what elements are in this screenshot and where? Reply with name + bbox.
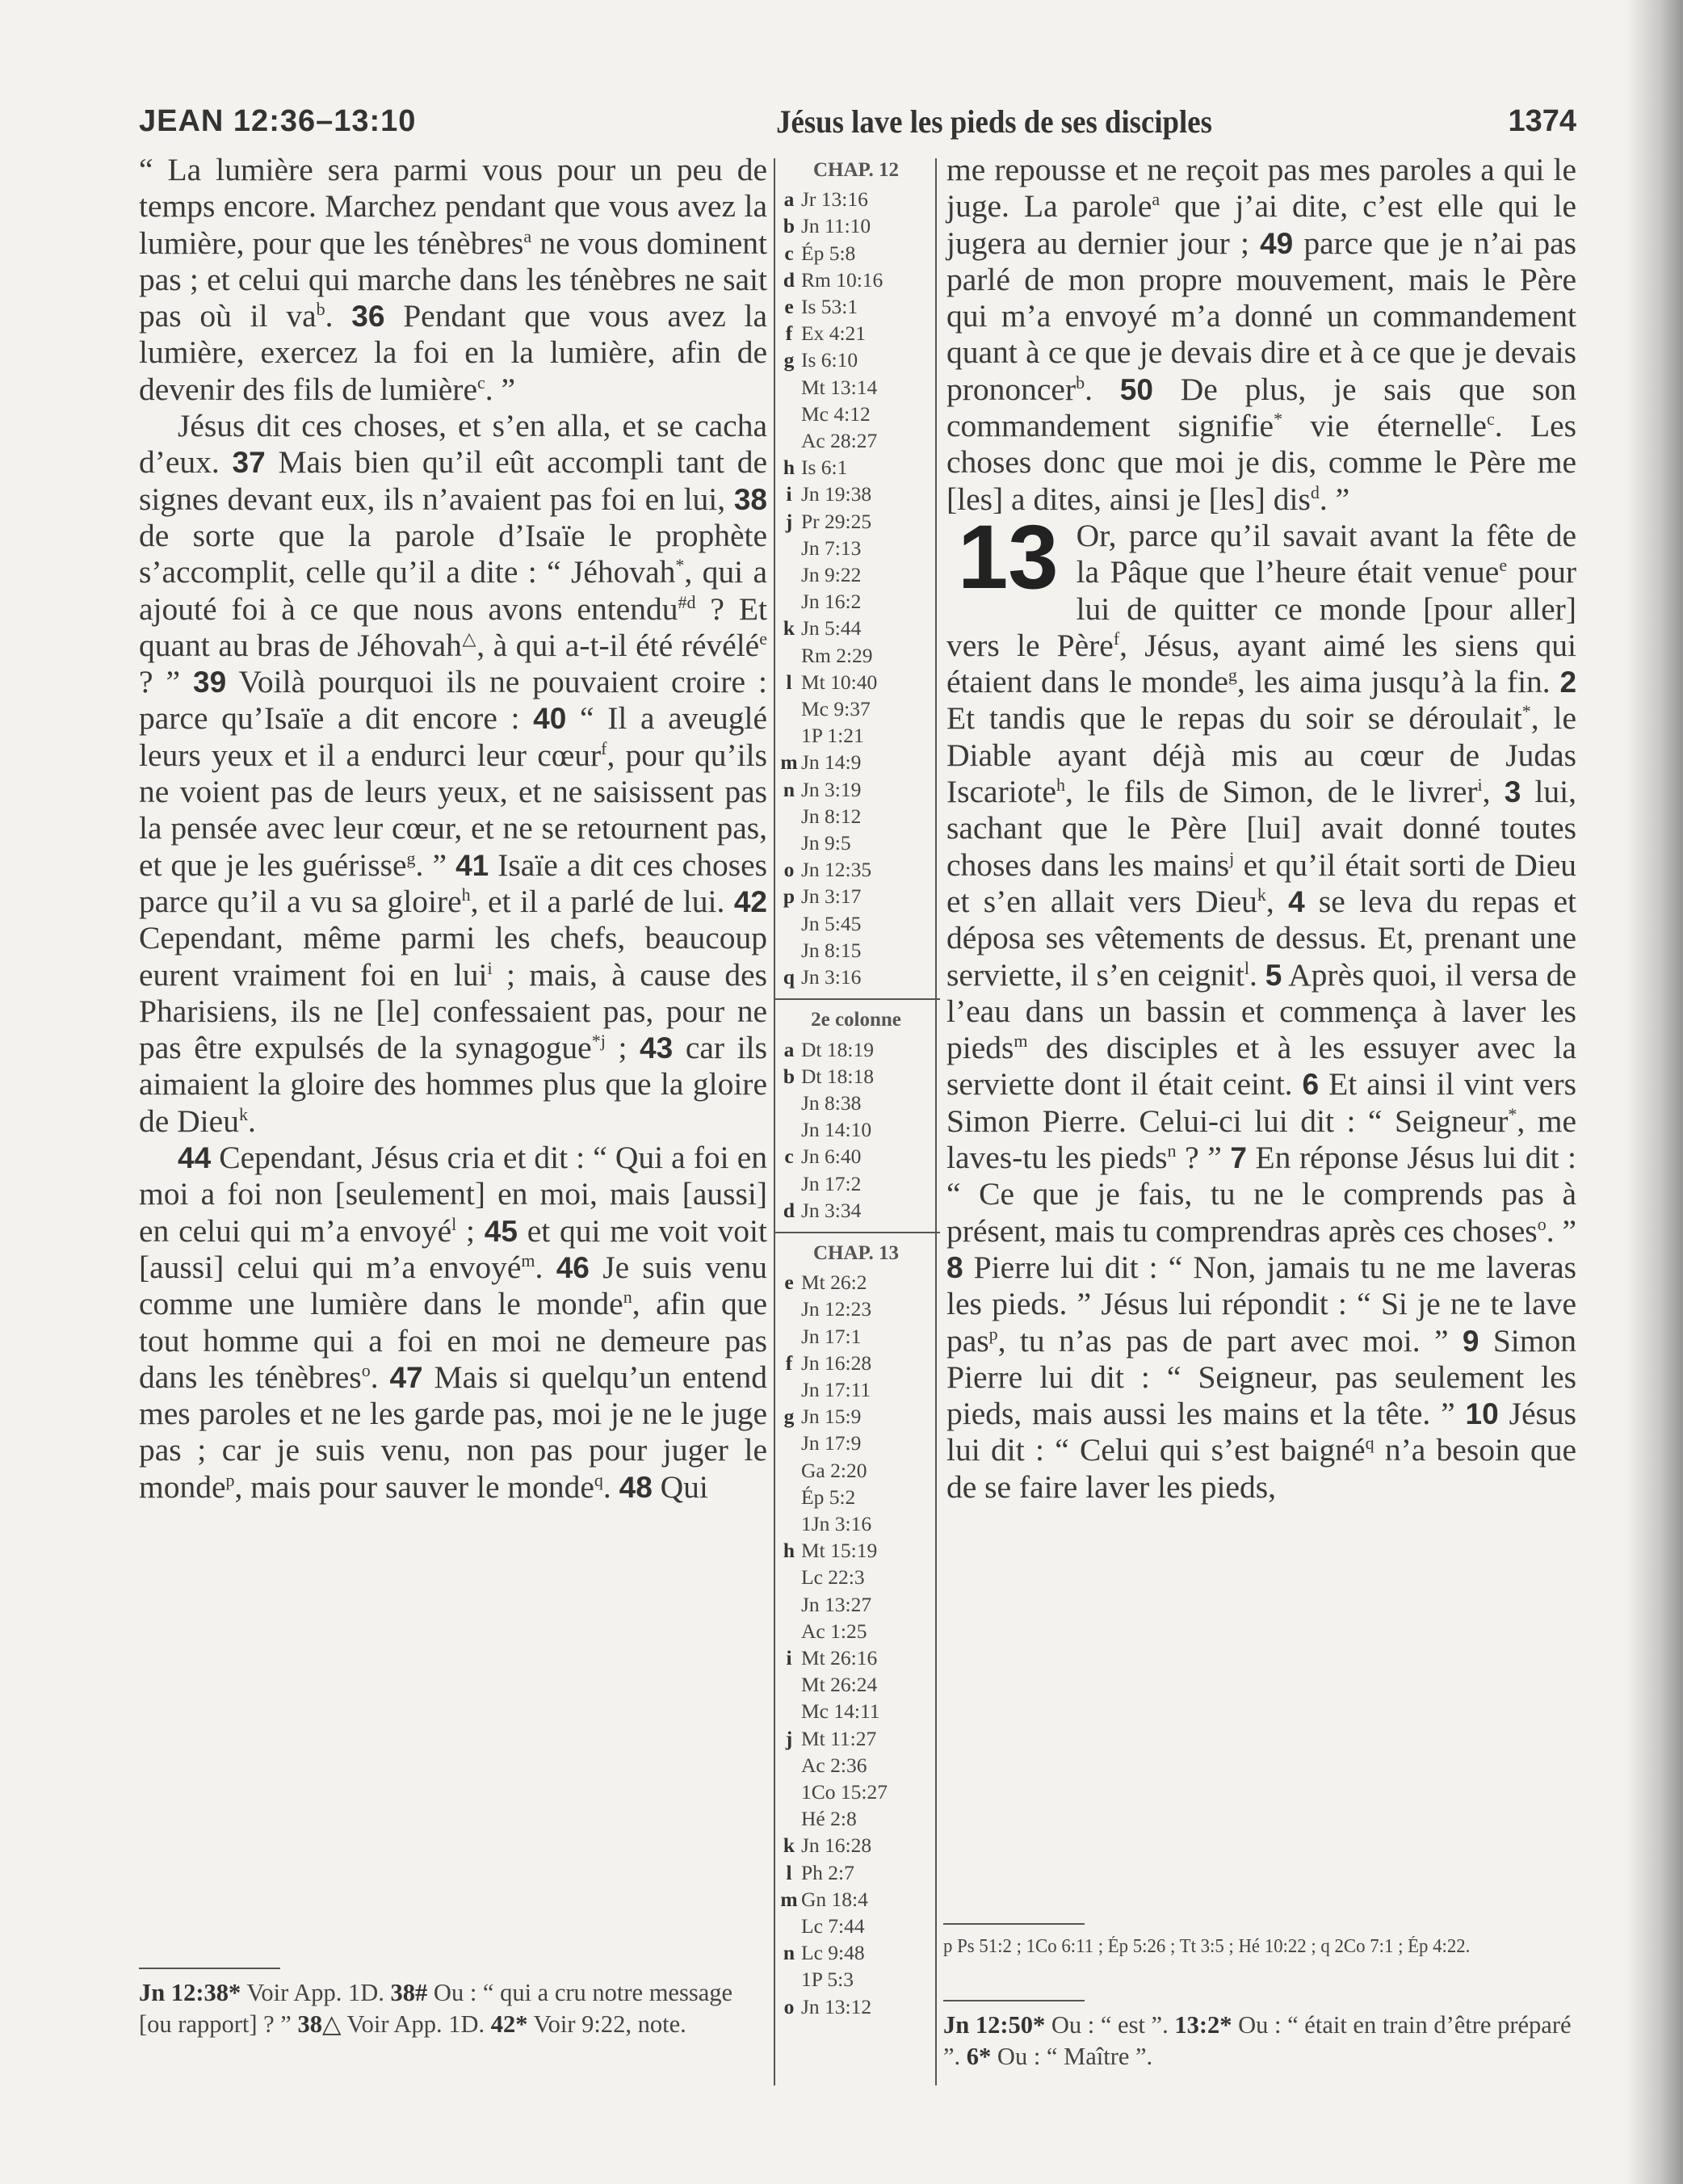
footnote-marker: e (759, 628, 767, 649)
cross-reference: Ac 28:27 (779, 427, 934, 454)
verse-number: 5 (1265, 959, 1282, 992)
footnote-marker: * (1522, 701, 1531, 721)
reference-letter (779, 1170, 800, 1197)
cross-reference: gJn 15:9 (779, 1403, 934, 1430)
verse-number: 3 (1505, 775, 1521, 808)
footnote-label: 38# (391, 1979, 428, 2006)
footnote-marker: #d (678, 591, 695, 611)
cross-reference: kJn 5:44 (779, 615, 934, 641)
verse-number: 43 (640, 1031, 673, 1065)
reference-letter (779, 374, 800, 401)
footnote-marker: d (1311, 482, 1320, 502)
cross-reference: aJr 13:16 (779, 186, 934, 212)
footnote-marker: * (675, 555, 684, 575)
cross-reference: 1P 1:21 (779, 722, 934, 749)
cross-reference: Lc 22:3 (779, 1564, 934, 1590)
cross-reference: Ac 1:25 (779, 1618, 934, 1644)
reference-letter: n (779, 776, 800, 803)
cross-reference: lPh 2:7 (779, 1859, 934, 1886)
reference-text: Ac 28:27 (800, 427, 934, 454)
reference-text: Rm 2:29 (800, 642, 934, 669)
reference-letter: p (779, 883, 800, 909)
reference-text: 1Co 15:27 (800, 1779, 934, 1805)
cross-reference: Jn 8:38 (779, 1090, 934, 1116)
footnote-marker: n (1168, 1140, 1177, 1161)
footnote-marker: f (1114, 628, 1119, 649)
reference-text: Jn 7:13 (800, 535, 934, 561)
cross-reference: Mt 13:14 (779, 374, 934, 401)
cross-reference: jMt 11:27 (779, 1725, 934, 1752)
cross-reference: nJn 3:19 (779, 776, 934, 803)
footnote-divider-left (139, 1968, 280, 1969)
verse-number: 9 (1463, 1325, 1479, 1358)
paragraph: me repousse et ne reçoit pas mes paroles… (946, 152, 1576, 518)
footnote-marker: q (1366, 1433, 1375, 1453)
footnote-marker: o (1538, 1213, 1547, 1233)
reference-text: Jn 3:16 (800, 964, 934, 990)
reference-text: Pr 29:25 (800, 508, 934, 535)
cross-reference: Jn 8:15 (779, 937, 934, 964)
verse-number: 49 (1260, 227, 1293, 260)
reference-text: Hé 2:8 (800, 1805, 934, 1832)
reference-letter (779, 937, 800, 964)
verse-number: 40 (533, 702, 566, 735)
reference-letter (779, 1457, 800, 1484)
reference-letter: c (779, 1143, 800, 1170)
chapter-number: 13 (958, 521, 1059, 594)
reference-text: Mt 26:16 (800, 1644, 934, 1671)
paragraph: 44 Cependant, Jésus cria et dit : “ Qui … (139, 1140, 767, 1506)
cross-reference: oJn 12:35 (779, 856, 934, 883)
reference-letter (779, 642, 800, 669)
verse-number: 7 (1230, 1141, 1247, 1174)
reference-letter (779, 588, 800, 615)
reference-letter (779, 695, 800, 722)
footnote-marker: △ (462, 628, 476, 649)
reference-letter (779, 803, 800, 829)
reference-text: Mt 13:14 (800, 374, 934, 401)
cross-reference: Jn 7:13 (779, 535, 934, 561)
cross-reference: Jn 12:23 (779, 1296, 934, 1322)
cross-reference: iJn 19:38 (779, 481, 934, 507)
cross-reference: 1Co 15:27 (779, 1779, 934, 1805)
reference-text: Ép 5:2 (800, 1484, 934, 1510)
verse-number: 45 (485, 1215, 518, 1248)
reference-text: Jn 17:9 (800, 1430, 934, 1456)
cross-reference: Jn 17:1 (779, 1323, 934, 1350)
footnote-marker: n (623, 1287, 632, 1307)
footnote-marker: m (1014, 1031, 1027, 1051)
cross-reference: hIs 6:1 (779, 454, 934, 481)
reference-letter (779, 401, 800, 427)
reference-letter (779, 1430, 800, 1456)
reference-text: Jn 13:12 (800, 1993, 934, 2020)
reference-text: Ép 5:8 (800, 240, 934, 267)
reference-letter: o (779, 856, 800, 883)
reference-text: Jn 16:28 (800, 1350, 934, 1376)
cross-reference: bJn 11:10 (779, 212, 934, 239)
reference-letter (779, 829, 800, 856)
reference-text: Mt 10:40 (800, 669, 934, 695)
reference-text: Jn 12:23 (800, 1296, 934, 1322)
reference-text: Jn 19:38 (800, 481, 934, 507)
footnote-marker: c (477, 372, 485, 393)
reference-text: Mt 15:19 (800, 1537, 934, 1564)
reference-letter: b (779, 212, 800, 239)
footnote-marker: l (1244, 957, 1249, 977)
reference-letter (779, 1966, 800, 1993)
reference-text: Jr 13:16 (800, 186, 934, 212)
reference-letter: l (779, 669, 800, 695)
cross-reference: 1P 5:3 (779, 1966, 934, 1993)
cross-reference: cJn 6:40 (779, 1143, 934, 1170)
verse-number: 47 (389, 1361, 422, 1394)
footnote-marker: f (601, 738, 606, 758)
reference-text: Jn 16:2 (800, 588, 934, 615)
verse-number: 2 (1559, 666, 1576, 699)
reference-text: Jn 13:27 (800, 1591, 934, 1618)
footnote-marker: * (1274, 409, 1282, 429)
section-heading: 2e colonne (779, 1006, 934, 1033)
reference-letter (779, 1296, 800, 1322)
cross-reference: nLc 9:48 (779, 1939, 934, 1966)
reference-letter: e (779, 1269, 800, 1296)
cross-reference: dJn 3:34 (779, 1197, 934, 1224)
header-title: Jésus lave les pieds de ses disciples (522, 103, 1467, 141)
verse-number: 46 (556, 1251, 590, 1284)
cross-reference: mJn 14:9 (779, 749, 934, 775)
footnotes-left: Jn 12:38* Voir App. 1D. 38# Ou : “ qui a… (139, 1977, 767, 2040)
verse-number: 37 (233, 446, 266, 479)
reference-text: Jn 5:44 (800, 615, 934, 641)
running-header: JEAN 12:36–13:10 Jésus lave les pieds de… (139, 97, 1576, 145)
reference-text: Dt 18:18 (800, 1063, 934, 1090)
reference-letter: j (779, 1725, 800, 1752)
cross-reference: cÉp 5:8 (779, 240, 934, 267)
cross-reference: fEx 4:21 (779, 320, 934, 346)
reference-text: Is 6:10 (800, 346, 934, 373)
footnote-marker: m (521, 1250, 535, 1270)
reference-text: Is 6:1 (800, 454, 934, 481)
cross-reference: eMt 26:2 (779, 1269, 934, 1296)
reference-letter (779, 1116, 800, 1143)
footnote-marker: g (1228, 665, 1237, 685)
cross-reference: hMt 15:19 (779, 1537, 934, 1564)
reference-text: Jn 9:5 (800, 829, 934, 856)
reference-letter (779, 1090, 800, 1116)
reference-text: 1P 1:21 (800, 722, 934, 749)
cross-reference: oJn 13:12 (779, 1993, 934, 2020)
reference-letter: a (779, 1036, 800, 1063)
reference-letter: l (779, 1859, 800, 1886)
cross-reference: Hé 2:8 (779, 1805, 934, 1832)
footnote-marker: k (1257, 884, 1266, 905)
reference-letter: m (779, 749, 800, 775)
reference-text: Jn 6:40 (800, 1143, 934, 1170)
footnote-marker: p (226, 1470, 235, 1490)
reference-text: Mt 26:24 (800, 1671, 934, 1698)
footnote-label: Jn 12:38* (139, 1979, 241, 2006)
reference-letter: f (779, 1350, 800, 1376)
reference-letter: i (779, 1644, 800, 1671)
cross-reference: Rm 2:29 (779, 642, 934, 669)
footnote-marker: h (1056, 775, 1065, 795)
reference-text: Jn 8:38 (800, 1090, 934, 1116)
reference-letter (779, 561, 800, 588)
cross-reference: bDt 18:18 (779, 1063, 934, 1090)
reference-letter (779, 1323, 800, 1350)
cross-reference: Jn 16:2 (779, 588, 934, 615)
page-gutter-shadow (1626, 0, 1683, 2184)
cross-reference: qJn 3:16 (779, 964, 934, 990)
reference-text: Mt 26:2 (800, 1269, 934, 1296)
footnote-marker: q (594, 1470, 603, 1490)
cross-reference: Jn 9:5 (779, 829, 934, 856)
cross-reference: 1Jn 3:16 (779, 1510, 934, 1537)
reference-letter (779, 1591, 800, 1618)
reference-letter (779, 1913, 800, 1939)
reference-letter: k (779, 1832, 800, 1858)
cross-reference-column: CHAP. 12aJr 13:16bJn 11:10cÉp 5:8dRm 10:… (779, 157, 934, 2020)
footnote-marker: e (1499, 555, 1507, 575)
reference-letter: b (779, 1063, 800, 1090)
reference-text: Jn 15:9 (800, 1403, 934, 1430)
reference-letter: n (779, 1939, 800, 1966)
reference-letter (779, 427, 800, 454)
cross-reference: lMt 10:40 (779, 669, 934, 695)
cross-reference: iMt 26:16 (779, 1644, 934, 1671)
reference-text: Ph 2:7 (800, 1859, 934, 1886)
cross-reference: Jn 17:11 (779, 1376, 934, 1403)
section-heading: CHAP. 12 (779, 157, 934, 183)
reference-text: Jn 8:12 (800, 803, 934, 829)
cross-reference: Mt 26:24 (779, 1671, 934, 1698)
reference-text: Jn 17:1 (800, 1323, 934, 1350)
reference-text: Lc 7:44 (800, 1913, 934, 1939)
reference-text: Ga 2:20 (800, 1457, 934, 1484)
footnote-label: 6* (967, 2043, 992, 2070)
cross-reference: gIs 6:10 (779, 346, 934, 373)
cross-reference: Jn 14:10 (779, 1116, 934, 1143)
reference-letter (779, 1805, 800, 1832)
crossref-divider-right (943, 1923, 1085, 1925)
footnote-marker: l (451, 1213, 456, 1233)
verse-number: 38 (734, 483, 767, 516)
section-heading: CHAP. 13 (779, 1240, 934, 1266)
cross-reference: jPr 29:25 (779, 508, 934, 535)
reference-letter (779, 1376, 800, 1403)
footnotes-right: Jn 12:50* Ou : “ est ”. 13:2* Ou : “ éta… (943, 2010, 1573, 2073)
reference-letter (779, 1698, 800, 1724)
footnote-marker: i (1478, 775, 1483, 795)
verse-number: 44 (178, 1141, 211, 1174)
reference-text: Jn 11:10 (800, 212, 934, 239)
reference-letter (779, 1510, 800, 1537)
reference-text: Mc 4:12 (800, 401, 934, 427)
reference-letter (779, 722, 800, 749)
verse-number: 10 (1466, 1397, 1499, 1430)
cross-reference: kJn 16:28 (779, 1832, 934, 1858)
main-text-left-column: “ La lumière sera parmi vous pour un peu… (139, 152, 767, 1506)
chapter-paragraph: 13Or, parce qu’il savait avant la fête d… (946, 518, 1576, 1506)
reference-letter: h (779, 454, 800, 481)
reference-text: Jn 14:9 (800, 749, 934, 775)
reference-text: Jn 14:10 (800, 1116, 934, 1143)
reference-text: Gn 18:4 (800, 1886, 934, 1913)
footnote-label: Jn 12:50* (943, 2011, 1045, 2039)
reference-letter: e (779, 293, 800, 320)
column-divider-right (935, 158, 937, 2085)
reference-letter: j (779, 508, 800, 535)
reference-text: Mc 9:37 (800, 695, 934, 722)
cross-reference: Jn 17:2 (779, 1170, 934, 1197)
reference-letter: c (779, 240, 800, 267)
reference-text: Jn 3:17 (800, 883, 934, 909)
reference-letter: m (779, 1886, 800, 1913)
reference-text: 1Jn 3:16 (800, 1510, 934, 1537)
header-reference: JEAN 12:36–13:10 (139, 104, 416, 139)
footnote-marker: i (488, 957, 493, 977)
reference-text: Jn 9:22 (800, 561, 934, 588)
cross-reference: fJn 16:28 (779, 1350, 934, 1376)
footnote-marker: *j (592, 1031, 606, 1051)
footnote-label: 13:2* (1174, 2011, 1232, 2039)
footnote-marker: a (1152, 189, 1160, 209)
footnote-label: 38△ (297, 2010, 341, 2038)
reference-text: Lc 9:48 (800, 1939, 934, 1966)
section-divider (774, 998, 940, 1000)
verse-number: 4 (1288, 885, 1305, 918)
footnote-marker: a (523, 225, 531, 246)
reference-text: Mt 11:27 (800, 1725, 934, 1752)
reference-letter: h (779, 1537, 800, 1564)
column-divider-left (774, 158, 775, 2085)
cross-reference: aDt 18:19 (779, 1036, 934, 1063)
footnote-marker: p (989, 1323, 998, 1343)
footnote-marker: g (407, 847, 416, 867)
reference-text: Jn 5:45 (800, 910, 934, 937)
reference-letter: q (779, 964, 800, 990)
reference-text: Ex 4:21 (800, 320, 934, 346)
section-divider (774, 1232, 940, 1233)
verse-number: 42 (734, 885, 767, 918)
reference-text: Jn 16:28 (800, 1832, 934, 1858)
verse-number: 50 (1120, 373, 1153, 406)
cross-reference: Jn 9:22 (779, 561, 934, 588)
paragraph: “ La lumière sera parmi vous pour un peu… (139, 152, 767, 408)
reference-letter (779, 1752, 800, 1779)
footnote-marker: k (239, 1104, 248, 1124)
footnote-marker: j (1229, 847, 1234, 867)
reference-text: Ac 1:25 (800, 1618, 934, 1644)
verse-number: 41 (455, 849, 489, 882)
footnote-label: 42* (491, 2010, 528, 2038)
cross-reference: dRm 10:16 (779, 267, 934, 293)
footnote-marker: * (1508, 1104, 1517, 1124)
reference-letter (779, 1671, 800, 1698)
reference-letter (779, 1564, 800, 1590)
cross-reference: Ac 2:36 (779, 1752, 934, 1779)
crossrefs-continued: p Ps 51:2 ; 1Co 6:11 ; Ép 5:26 ; Tt 3:5 … (943, 1937, 1550, 1957)
reference-letter: d (779, 1197, 800, 1224)
paragraph: Jésus dit ces choses, et s’en alla, et s… (139, 408, 767, 1140)
cross-reference: Jn 13:27 (779, 1591, 934, 1618)
cross-reference: Mc 9:37 (779, 695, 934, 722)
reference-letter (779, 1484, 800, 1510)
cross-reference: Jn 8:12 (779, 803, 934, 829)
reference-text: Jn 17:11 (800, 1376, 934, 1403)
reference-letter: i (779, 481, 800, 507)
reference-text: Lc 22:3 (800, 1564, 934, 1590)
reference-letter: o (779, 1993, 800, 2020)
reference-text: 1P 5:3 (800, 1966, 934, 1993)
cross-reference: Ga 2:20 (779, 1457, 934, 1484)
cross-reference: mGn 18:4 (779, 1886, 934, 1913)
cross-reference: Mc 4:12 (779, 401, 934, 427)
reference-text: Is 53:1 (800, 293, 934, 320)
cross-reference: Jn 17:9 (779, 1430, 934, 1456)
reference-text: Rm 10:16 (800, 267, 934, 293)
reference-text: Jn 12:35 (800, 856, 934, 883)
reference-letter: d (779, 267, 800, 293)
footnote-marker: b (1076, 372, 1085, 393)
footnote-marker: c (1487, 409, 1495, 429)
reference-text: Jn 8:15 (800, 937, 934, 964)
page-number: 1374 (1508, 104, 1576, 139)
cross-reference: pJn 3:17 (779, 883, 934, 909)
reference-text: Mc 14:11 (800, 1698, 934, 1724)
reference-letter: k (779, 615, 800, 641)
verse-number: 36 (351, 300, 384, 333)
reference-letter: g (779, 1403, 800, 1430)
reference-letter: g (779, 346, 800, 373)
cross-reference: Jn 5:45 (779, 910, 934, 937)
reference-letter (779, 535, 800, 561)
footnote-divider-right (943, 2000, 1085, 2001)
main-text-right-column: me repousse et ne reçoit pas mes paroles… (946, 152, 1576, 1506)
reference-text: Jn 17:2 (800, 1170, 934, 1197)
footnote-marker: h (462, 884, 471, 905)
cross-reference: Ép 5:2 (779, 1484, 934, 1510)
reference-letter: f (779, 320, 800, 346)
reference-letter (779, 1779, 800, 1805)
footnote-marker: b (317, 299, 325, 319)
verse-number: 6 (1303, 1068, 1320, 1101)
reference-letter (779, 910, 800, 937)
reference-letter (779, 1618, 800, 1644)
footnote-marker: o (362, 1360, 371, 1380)
cross-reference: eIs 53:1 (779, 293, 934, 320)
cross-reference: Lc 7:44 (779, 1913, 934, 1939)
verse-number: 48 (619, 1471, 653, 1504)
reference-letter: a (779, 186, 800, 212)
cross-reference: Mc 14:11 (779, 1698, 934, 1724)
reference-text: Dt 18:19 (800, 1036, 934, 1063)
reference-text: Ac 2:36 (800, 1752, 934, 1779)
reference-text: Jn 3:19 (800, 776, 934, 803)
verse-number: 8 (946, 1251, 963, 1284)
reference-text: Jn 3:34 (800, 1197, 934, 1224)
verse-number: 39 (193, 666, 226, 699)
